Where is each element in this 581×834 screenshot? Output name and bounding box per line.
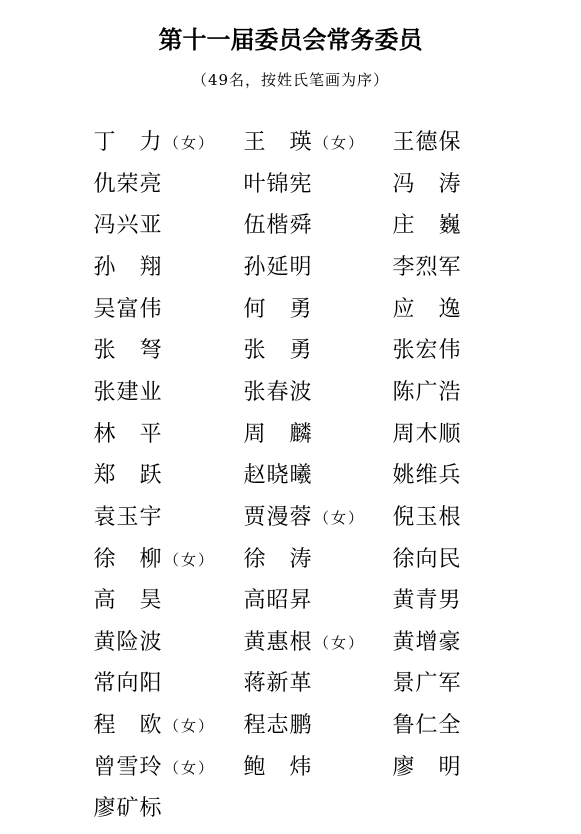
member-entry: 张弩	[93, 336, 162, 366]
member-name: 廖矿标	[93, 794, 162, 824]
member-name: 王瑛	[243, 128, 312, 158]
member-name: 叶锦宪	[243, 170, 312, 200]
member-entry: 王瑛（女）	[243, 128, 365, 158]
member-entry: 鲍炜	[243, 753, 312, 783]
member-name: 张春波	[243, 378, 312, 408]
member-entry: 曾雪玲（女）	[93, 753, 215, 783]
member-entry: 赵晓曦	[243, 461, 312, 491]
member-name: 冯兴亚	[93, 211, 162, 241]
member-name: 袁玉宇	[93, 503, 162, 533]
member-name: 程欧	[93, 711, 162, 741]
member-name: 景广军	[392, 669, 461, 699]
member-name: 庄巍	[392, 211, 461, 241]
member-entry: 贾漫蓉（女）	[243, 503, 365, 533]
member-name: 徐向民	[392, 545, 461, 575]
member-name: 徐涛	[243, 545, 312, 575]
member-entry: 郑跃	[93, 461, 162, 491]
member-name: 高昭昇	[243, 586, 312, 616]
member-name: 丁力	[93, 128, 162, 158]
member-name: 徐柳	[93, 545, 162, 575]
female-tag: （女）	[164, 711, 215, 741]
member-name: 倪玉根	[392, 503, 461, 533]
member-entry: 廖矿标	[93, 794, 162, 824]
member-name: 廖明	[392, 753, 461, 783]
member-entry: 庄巍	[392, 211, 461, 241]
member-entry: 程欧（女）	[93, 711, 215, 741]
member-entry: 孙延明	[243, 253, 312, 283]
member-entry: 叶锦宪	[243, 170, 312, 200]
member-entry: 程志鹏	[243, 711, 312, 741]
member-entry: 丁力（女）	[93, 128, 215, 158]
member-entry: 何勇	[243, 295, 312, 325]
member-entry: 张建业	[93, 378, 162, 408]
member-entry: 陈广浩	[392, 378, 461, 408]
member-name: 常向阳	[93, 669, 162, 699]
member-entry: 景广军	[392, 669, 461, 699]
member-name: 张建业	[93, 378, 162, 408]
member-entry: 黄青男	[392, 586, 461, 616]
member-entry: 周麟	[243, 420, 312, 450]
member-name: 王德保	[392, 128, 461, 158]
member-entry: 周木顺	[392, 420, 461, 450]
member-name: 陈广浩	[392, 378, 461, 408]
member-name: 曾雪玲	[93, 753, 162, 783]
member-name: 应逸	[392, 295, 461, 325]
member-name: 黄惠根	[243, 628, 312, 658]
member-entry: 黄险波	[93, 628, 162, 658]
member-name: 郑跃	[93, 461, 162, 491]
member-entry: 王德保	[392, 128, 461, 158]
member-entry: 仇荣亮	[93, 170, 162, 200]
female-tag: （女）	[314, 128, 365, 158]
member-entry: 伍楷舜	[243, 211, 312, 241]
member-name: 张宏伟	[392, 336, 461, 366]
member-name: 鲁仁全	[392, 711, 461, 741]
member-name: 吴富伟	[93, 295, 162, 325]
member-entry: 冯兴亚	[93, 211, 162, 241]
member-name: 黄青男	[392, 586, 461, 616]
member-name: 孙翔	[93, 253, 162, 283]
member-name: 高昊	[93, 586, 162, 616]
member-name: 鲍炜	[243, 753, 312, 783]
member-name: 张弩	[93, 336, 162, 366]
member-entry: 倪玉根	[392, 503, 461, 533]
member-entry: 张春波	[243, 378, 312, 408]
female-tag: （女）	[314, 628, 365, 658]
member-name: 伍楷舜	[243, 211, 312, 241]
member-entry: 应逸	[392, 295, 461, 325]
member-entry: 鲁仁全	[392, 711, 461, 741]
member-entry: 姚维兵	[392, 461, 461, 491]
member-entry: 冯涛	[392, 170, 461, 200]
member-name: 张勇	[243, 336, 312, 366]
member-entry: 孙翔	[93, 253, 162, 283]
member-entry: 徐涛	[243, 545, 312, 575]
member-name: 冯涛	[392, 170, 461, 200]
member-name: 李烈军	[392, 253, 461, 283]
member-name: 黄增豪	[392, 628, 461, 658]
member-roster: 丁力（女）王瑛（女）王德保仇荣亮叶锦宪冯涛冯兴亚伍楷舜庄巍孙翔孙延明李烈军吴富伟…	[0, 0, 581, 834]
member-name: 仇荣亮	[93, 170, 162, 200]
member-name: 孙延明	[243, 253, 312, 283]
female-tag: （女）	[164, 753, 215, 783]
member-name: 姚维兵	[392, 461, 461, 491]
member-entry: 张宏伟	[392, 336, 461, 366]
member-name: 周木顺	[392, 420, 461, 450]
member-name: 赵晓曦	[243, 461, 312, 491]
member-entry: 李烈军	[392, 253, 461, 283]
female-tag: （女）	[164, 128, 215, 158]
member-name: 蒋新革	[243, 669, 312, 699]
member-name: 程志鹏	[243, 711, 312, 741]
member-entry: 高昊	[93, 586, 162, 616]
member-entry: 袁玉宇	[93, 503, 162, 533]
member-name: 贾漫蓉	[243, 503, 312, 533]
member-entry: 黄惠根（女）	[243, 628, 365, 658]
member-name: 何勇	[243, 295, 312, 325]
member-entry: 高昭昇	[243, 586, 312, 616]
member-entry: 张勇	[243, 336, 312, 366]
member-entry: 林平	[93, 420, 162, 450]
member-name: 林平	[93, 420, 162, 450]
member-entry: 徐柳（女）	[93, 545, 215, 575]
female-tag: （女）	[314, 503, 365, 533]
member-name: 周麟	[243, 420, 312, 450]
member-entry: 蒋新革	[243, 669, 312, 699]
member-entry: 黄增豪	[392, 628, 461, 658]
member-entry: 徐向民	[392, 545, 461, 575]
member-entry: 常向阳	[93, 669, 162, 699]
member-entry: 廖明	[392, 753, 461, 783]
member-name: 黄险波	[93, 628, 162, 658]
female-tag: （女）	[164, 545, 215, 575]
member-entry: 吴富伟	[93, 295, 162, 325]
